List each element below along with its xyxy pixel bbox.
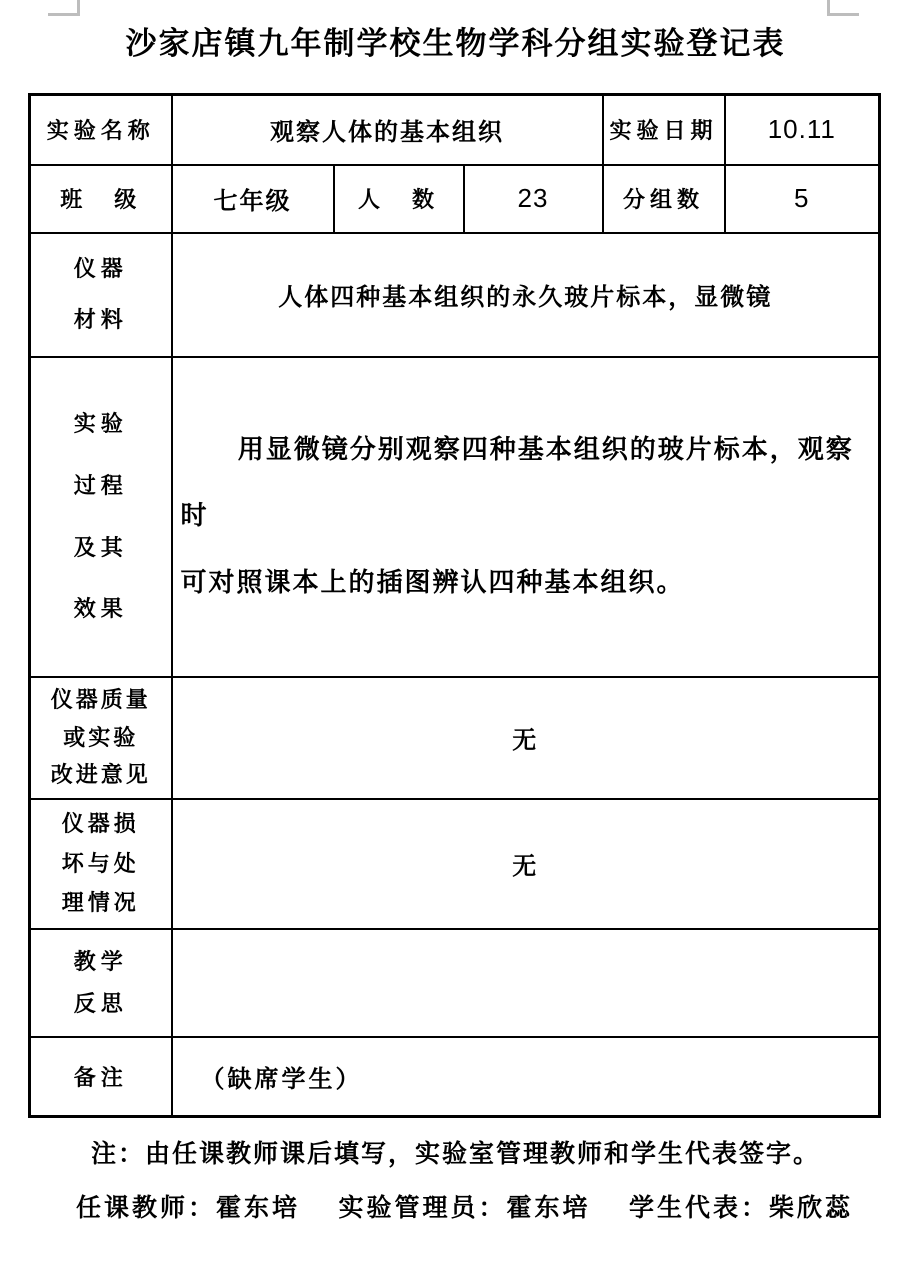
experiment-date-label: 实验日期 [603,95,725,165]
damage-value: 无 [172,799,880,929]
table-row-remarks: 备注 （缺席学生） [30,1037,880,1117]
experiment-date-value: 10.11 [725,95,880,165]
footer-note: 注：由任课教师课后填写，实验室管理教师和学生代表签字。 [0,1134,911,1170]
process-text: 用显微镜分别观察四种基本组织的玻片标本，观察时 可对照课本上的插图辨认四种基本组… [181,417,867,616]
signature-row: 任课教师：霍东培 实验管理员：霍东培 学生代表：柴欣蕊 [76,1188,853,1224]
equipment-label: 仪器 材料 [30,233,172,357]
signature-teacher: 任课教师：霍东培 [76,1188,300,1224]
student-count-label: 人 数 [334,165,464,233]
quality-value: 无 [172,677,880,799]
signature-student-rep-name: 柴欣蕊 [769,1195,853,1222]
signature-student-rep-label: 学生代表： [629,1195,769,1222]
document-page: 沙家店镇九年制学校生物学科分组实验登记表 实验名称 观察人体的基本组织 实验日期… [0,0,911,1272]
experiment-name-label: 实验名称 [30,95,172,165]
process-value: 用显微镜分别观察四种基本组织的玻片标本，观察时 可对照课本上的插图辨认四种基本组… [172,357,880,677]
crop-mark-top-right-icon [827,0,859,16]
damage-label: 仪器损 坏与处 理情况 [30,799,172,929]
table-row-equipment: 仪器 材料 人体四种基本组织的永久玻片标本，显微镜 [30,233,880,357]
table-row-quality: 仪器质量 或实验 改进意见 无 [30,677,880,799]
equipment-value: 人体四种基本组织的永久玻片标本，显微镜 [172,233,880,357]
table-row-reflection: 教学 反思 [30,929,880,1037]
page-title: 沙家店镇九年制学校生物学科分组实验登记表 [0,18,911,63]
signature-student-rep: 学生代表：柴欣蕊 [629,1188,853,1224]
remarks-label: 备注 [30,1037,172,1117]
signature-lab-manager: 实验管理员：霍东培 [338,1188,590,1224]
experiment-registration-table: 实验名称 观察人体的基本组织 实验日期 10.11 班 级 七年级 人 数 23… [28,93,881,1118]
group-count-value: 5 [725,165,880,233]
signature-teacher-label: 任课教师： [76,1195,216,1222]
student-count-value: 23 [464,165,603,233]
crop-mark-top-left-icon [48,0,80,16]
reflection-label: 教学 反思 [30,929,172,1037]
table-row-damage: 仪器损 坏与处 理情况 无 [30,799,880,929]
class-value: 七年级 [172,165,334,233]
group-count-label: 分组数 [603,165,725,233]
signature-teacher-name: 霍东培 [216,1195,300,1222]
table-row-class-info: 班 级 七年级 人 数 23 分组数 5 [30,165,880,233]
signature-lab-manager-label: 实验管理员： [338,1195,506,1222]
reflection-value [172,929,880,1037]
signature-lab-manager-name: 霍东培 [507,1195,591,1222]
table-row-process: 实验 过程 及其 效果 用显微镜分别观察四种基本组织的玻片标本，观察时 可对照课… [30,357,880,677]
table-row-experiment-name: 实验名称 观察人体的基本组织 实验日期 10.11 [30,95,880,165]
class-label: 班 级 [30,165,172,233]
experiment-name-value: 观察人体的基本组织 [172,95,603,165]
process-label: 实验 过程 及其 效果 [30,357,172,677]
quality-label: 仪器质量 或实验 改进意见 [30,677,172,799]
remarks-value: （缺席学生） [172,1037,880,1117]
